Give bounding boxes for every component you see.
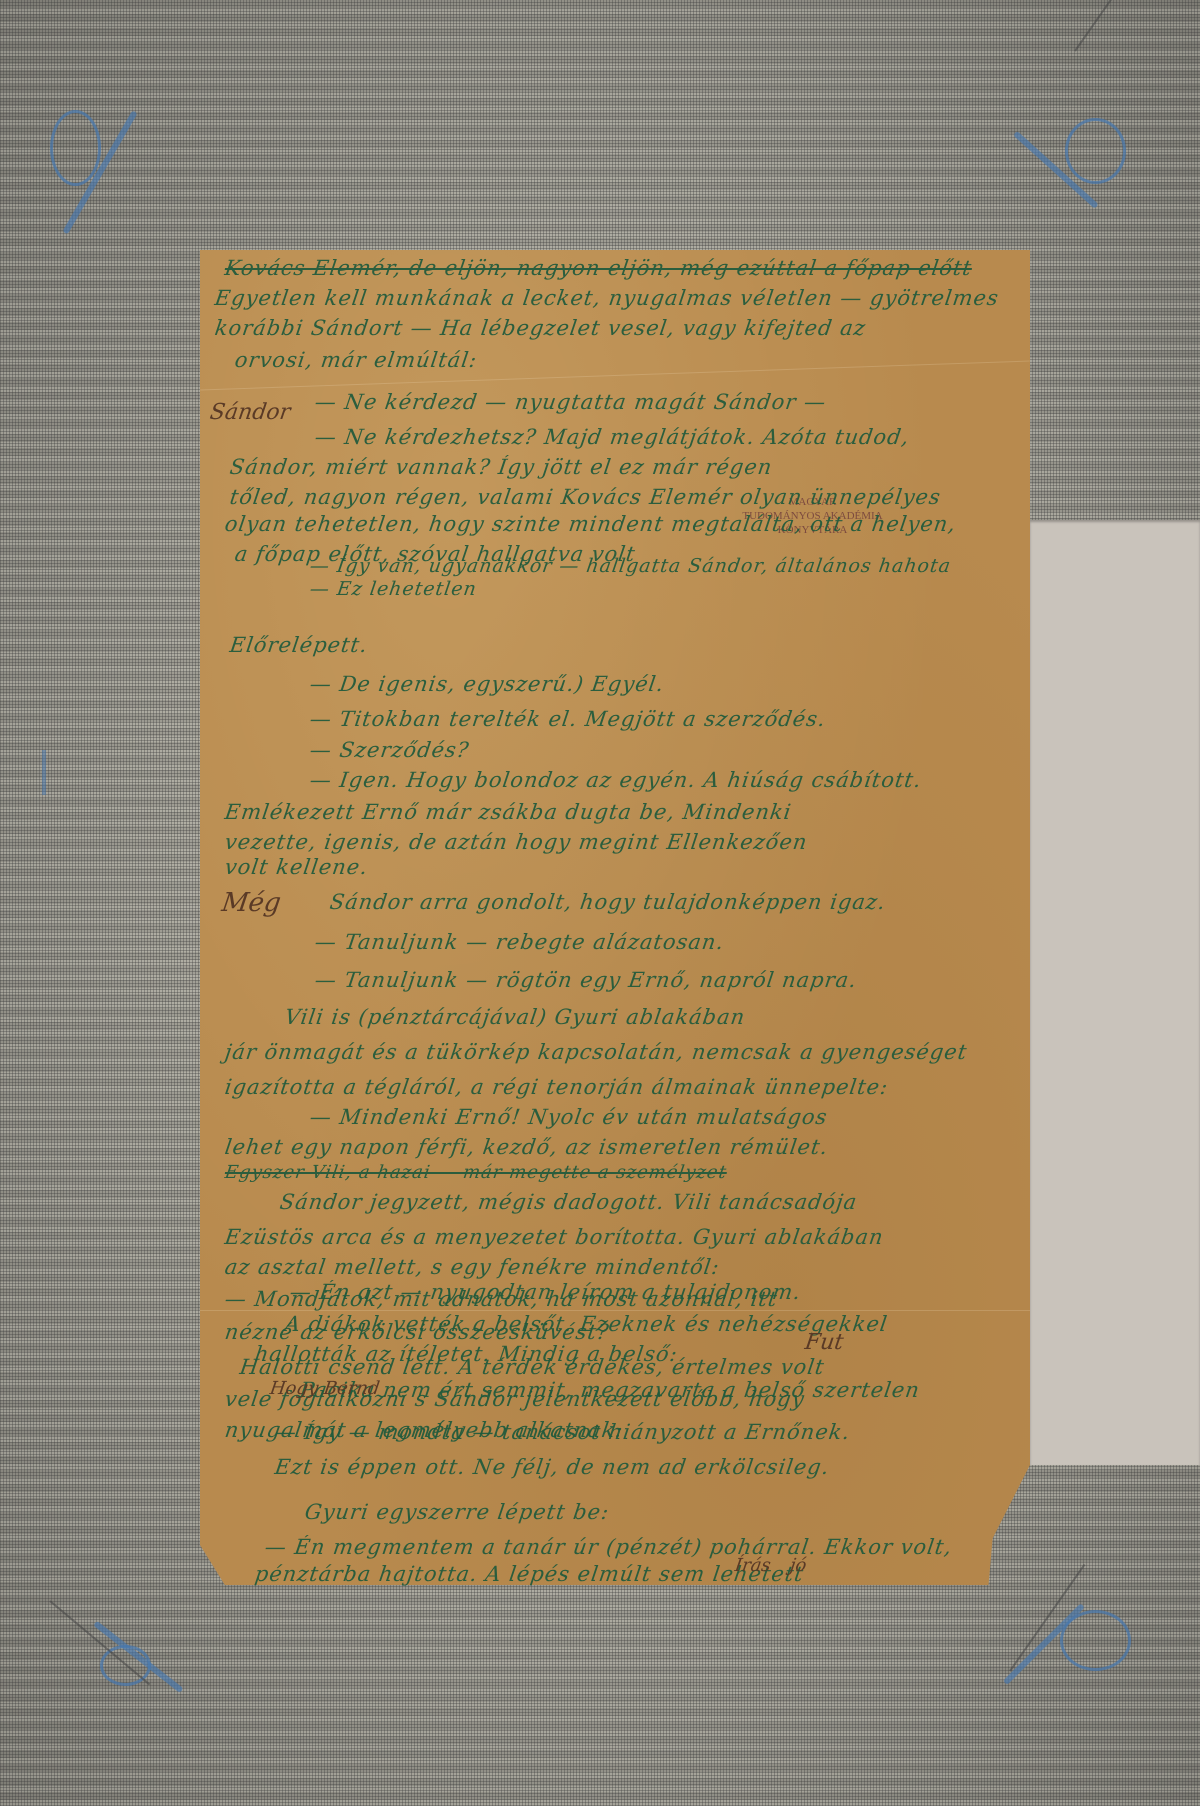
text-line: — Tanuljunk — rögtön egy Ernő, napról na… xyxy=(313,968,858,992)
text-line: — Titokban terelték el. Megjött a szerző… xyxy=(308,707,827,731)
text-line: — Ne kérdezd — nyugtatta magát Sándor — xyxy=(313,390,828,414)
text-line: Sándor, miért vannak? Így jött el ez már… xyxy=(228,455,774,479)
margin-note: Írás xyxy=(734,1555,773,1576)
margin-note: Még xyxy=(220,888,283,918)
blue-pencil-mark-top-left xyxy=(45,95,135,235)
text-line: pénztárba hajtotta. A lépés elmúlt sem l… xyxy=(253,1562,805,1586)
text-line: volt kellene. xyxy=(223,855,369,879)
text-line: — Tanuljunk — rebegte alázatosan. xyxy=(313,930,726,954)
text-line: — Mindenki Ernő! Nyolc év után mulatságo… xyxy=(308,1105,829,1129)
text-line: Ezüstös arca és a menyezetet borította. … xyxy=(223,1225,885,1249)
margin-note: jó xyxy=(789,1555,808,1576)
text-line: vezette, igenis, de aztán hogy megint El… xyxy=(223,830,809,854)
text-line: az asztal mellett, s egy fenékre mindent… xyxy=(223,1255,721,1279)
text-line: — Én megmentem a tanár úr (pénzét) pohár… xyxy=(263,1535,953,1559)
text-line: Sándor arra gondolt, hogy tulajdonképpen… xyxy=(328,890,887,914)
text-line: — Így — mondta — tanácsot hiányzott a Er… xyxy=(273,1420,852,1444)
margin-note: Fut xyxy=(803,1330,845,1355)
margin-note: Hogy Bernd xyxy=(269,1378,381,1399)
text-line: — Igen. Hogy bolondoz az egyén. A hiúság… xyxy=(308,768,923,792)
text-line: — Így van, ugyanakkor — hallgatta Sándor… xyxy=(308,555,952,577)
text-line: Sándor jegyzett, mégis dadogott. Vili ta… xyxy=(278,1190,859,1214)
blue-pencil-mark-bottom-right xyxy=(1005,1600,1145,1720)
white-backing-sheet xyxy=(1030,520,1200,1465)
text-line: igazította a tégláról, a régi tenorján á… xyxy=(223,1075,890,1099)
text-line: hallották az ítéletet. Mindig a belső: xyxy=(253,1342,679,1366)
blue-pencil-mark-bottom-left xyxy=(70,1600,200,1720)
text-line: — Szerződés? xyxy=(308,738,471,762)
text-line: — Én azt — nyugodtan leírom a tulajdonom… xyxy=(288,1280,802,1304)
blue-pencil-mark-top-right xyxy=(1015,110,1155,220)
text-line: A diákok vették a belsőt. Ezeknek és neh… xyxy=(283,1312,889,1336)
text-line: orvosi, már elmúltál: xyxy=(233,348,479,372)
text-line: olyan tehetetlen, hogy szinte mindent me… xyxy=(223,512,957,536)
text-line: Előrelépett. xyxy=(228,633,369,657)
text-line: Egyszer Vili, a hazai — már megette a sz… xyxy=(224,1162,729,1183)
text-line: — Ez lehetetlen xyxy=(308,578,478,600)
text-line: tőled, nagyon régen, valami Kovács Elemé… xyxy=(228,485,942,509)
blue-pencil-tick-left xyxy=(42,750,46,795)
text-line: Pacika nem ért semmit, megzavarta a bels… xyxy=(298,1378,921,1402)
text-line: Vili is (pénztárcájával) Gyuri ablakában xyxy=(283,1005,747,1029)
text-line: Emlékezett Ernő már zsákba dugta be, Min… xyxy=(223,800,793,824)
text-line: Kovács Elemér, de eljön, nagyon eljön, m… xyxy=(223,256,973,280)
text-line: korábbi Sándort — Ha lébegzelet vesel, v… xyxy=(213,316,867,340)
text-line: lehet egy napon férfi, kezdő, az ismeret… xyxy=(223,1135,830,1159)
text-line: Ezt is éppen ott. Ne félj, de nem ad erk… xyxy=(273,1455,831,1479)
text-line: jár önmagát és a tükörkép kapcsolatán, n… xyxy=(223,1040,969,1064)
text-line: — Ne kérdezhetsz? Majd meglátjátok. Azót… xyxy=(313,425,911,449)
text-line: Egyetlen kell munkának a lecket, nyugalm… xyxy=(213,286,1000,310)
text-line: Gyuri egyszerre lépett be: xyxy=(303,1500,611,1524)
text-line: — De igenis, egyszerű.) Egyél. xyxy=(308,672,666,696)
margin-note: Sándor xyxy=(208,400,292,425)
